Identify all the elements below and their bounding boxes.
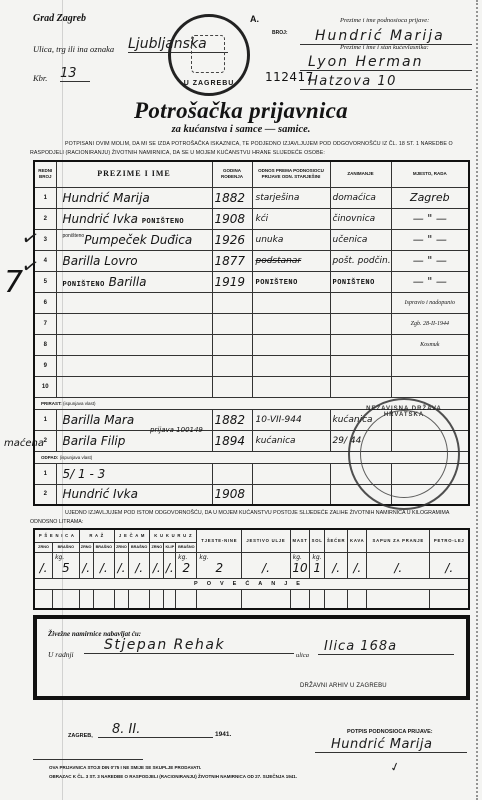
- increase-cell[interactable]: [242, 589, 291, 609]
- increase-cell[interactable]: [164, 589, 176, 609]
- col-occupation: ZANIMANJE: [330, 161, 391, 187]
- table-row: 3 poništenoPumpeček Duđica 1926 unuka uč…: [34, 229, 469, 250]
- house-number-label: Kbr.: [33, 73, 47, 83]
- sub-grain: ZRNO: [79, 542, 93, 552]
- birth-year[interactable]: 1882: [212, 187, 252, 208]
- food-value-cell[interactable]: kg.2: [197, 552, 242, 578]
- occupation[interactable]: činovnica: [330, 208, 391, 229]
- stamp-text: NEZAVISNA DRŽAVA HRVATSKA: [350, 406, 458, 418]
- occupation[interactable]: pošt. podčin.: [330, 250, 391, 271]
- workplace[interactable]: [391, 376, 469, 397]
- sub-flour: BRAŠNO: [53, 542, 79, 552]
- col-coffee: KAVA: [348, 529, 367, 552]
- relation[interactable]: [252, 355, 330, 376]
- person-name[interactable]: PONIŠTENO Barilla: [56, 271, 212, 292]
- person-name[interactable]: [56, 313, 212, 334]
- increase-cell[interactable]: [150, 589, 164, 609]
- relation[interactable]: [252, 292, 330, 313]
- person-name[interactable]: [56, 292, 212, 313]
- birth-year[interactable]: [212, 463, 252, 484]
- occupation[interactable]: [330, 376, 391, 397]
- increase-cell[interactable]: [129, 589, 150, 609]
- col-sugar: ŠEĆER: [324, 529, 347, 552]
- footnote-price: OVA PRIJAVNICA STOJI DIN 0'75 I NE SMIJE…: [49, 765, 201, 770]
- quantity: /.: [135, 555, 143, 575]
- increase-cell[interactable]: [93, 589, 114, 609]
- increase-cell[interactable]: [53, 589, 79, 609]
- food-value-cell[interactable]: kg.1: [310, 552, 325, 578]
- correction-note: Ispravio i nadopunio: [391, 292, 469, 313]
- increase-cell[interactable]: [430, 589, 469, 609]
- person-name[interactable]: [56, 376, 212, 397]
- food-value-cell[interactable]: /.: [164, 552, 176, 578]
- quantity: /.: [82, 555, 90, 575]
- occupation[interactable]: [330, 292, 391, 313]
- relation[interactable]: podstanar: [252, 250, 330, 271]
- row-number: 2: [34, 208, 56, 229]
- food-value-cell[interactable]: /.: [79, 552, 93, 578]
- applicant-name-field[interactable]: Hundrić Marija: [300, 28, 472, 45]
- table-row: 2 Hundrić Ivka PONIŠTENO 1908 kći činovn…: [34, 208, 469, 229]
- place-label: ZAGREB,: [68, 733, 93, 739]
- relation[interactable]: [252, 334, 330, 355]
- food-value-cell[interactable]: /.: [348, 552, 367, 578]
- food-value-cell[interactable]: /.: [129, 552, 150, 578]
- col-oil: JESTIVO ULJE: [242, 529, 291, 552]
- col-corn: K U K U R U Z: [150, 529, 197, 542]
- person-name[interactable]: Hundrić Ivka PONIŠTENO: [56, 208, 212, 229]
- workplace[interactable]: — " —: [391, 208, 469, 229]
- increase-cell[interactable]: [324, 589, 347, 609]
- col-number: REDNI BROJ: [34, 161, 56, 187]
- relation[interactable]: kućanica: [252, 430, 330, 451]
- col-soap: SAPUN ZA PRANJE: [367, 529, 430, 552]
- sub-grain: ZRNO: [114, 542, 128, 552]
- food-value-cell[interactable]: /.: [324, 552, 347, 578]
- form-letter: A.: [250, 14, 259, 24]
- birth-year[interactable]: 1882: [212, 409, 252, 430]
- relation[interactable]: starješina: [252, 187, 330, 208]
- city-label: Grad Zagreb: [33, 13, 86, 24]
- birth-year[interactable]: 1919: [212, 271, 252, 292]
- state-stamp: NEZAVISNA DRŽAVA HRVATSKA: [348, 398, 460, 510]
- quantity: /.: [166, 555, 174, 575]
- householder-label: Prezime i ime i stan kućevlasnika:: [340, 44, 429, 51]
- shop-name-field[interactable]: Stjepan Rehak: [84, 637, 294, 654]
- birth-year[interactable]: [212, 313, 252, 334]
- workplace[interactable]: — " —: [391, 229, 469, 250]
- col-lard: MAST: [290, 529, 310, 552]
- quantity: /.: [40, 555, 48, 575]
- row-number: 10: [34, 376, 56, 397]
- occupation[interactable]: učenica: [330, 229, 391, 250]
- row-number: 5: [34, 271, 56, 292]
- relation[interactable]: kći: [252, 208, 330, 229]
- increase-row: POVEĆANJE: [34, 578, 469, 589]
- signature-label: POTPIS PODNOSIOCA PRIJAVE:: [347, 729, 433, 735]
- cancelled-stamp: PONIŠTENO: [256, 279, 298, 287]
- sub-cob: KLIP: [164, 542, 176, 552]
- increase-cell[interactable]: [114, 589, 128, 609]
- increase-cell[interactable]: [79, 589, 93, 609]
- row-number: 1: [34, 187, 56, 208]
- person-name[interactable]: Barilla Lovro: [56, 250, 212, 271]
- quantity: /.: [332, 555, 340, 575]
- cancelled-stamp: PONIŠTENO: [333, 279, 375, 287]
- occupation[interactable]: domaćica: [330, 187, 391, 208]
- sub-flour: BRAŠNO: [176, 542, 197, 552]
- workplace[interactable]: [391, 355, 469, 376]
- food-stock-table: P Š E N I C A R A Ž J E Č A M K U K U R …: [33, 528, 470, 610]
- occupation[interactable]: [330, 334, 391, 355]
- signature-field[interactable]: Hundrić Marija: [315, 737, 467, 753]
- food-value-cell[interactable]: kg.2: [176, 552, 197, 578]
- col-birth-year: GODINA ROĐENJA: [212, 161, 252, 187]
- table-row: 1 Hundrić Marija 1882 starješina domaćic…: [34, 187, 469, 208]
- row-number: 8: [34, 334, 56, 355]
- row-number: 6: [34, 292, 56, 313]
- food-value-cell[interactable]: /.: [367, 552, 430, 578]
- persons-header-row: REDNI BROJ PREZIME I IME GODINA ROĐENJA …: [34, 161, 469, 187]
- relation[interactable]: [252, 484, 330, 505]
- table-row: 4 Barilla Lovro 1877 podstanar pošt. pod…: [34, 250, 469, 271]
- form-subtitle: za kućanstva i samce — samice.: [0, 124, 482, 135]
- person-name-text: Hundrić Marija: [63, 191, 150, 205]
- col-barley: J E Č A M: [114, 529, 149, 542]
- declaration-text: POTPISANI OVIM MOLIM, DA MI SE IZDA POTR…: [30, 140, 475, 158]
- food-value-cell[interactable]: kg.10: [290, 552, 310, 578]
- shop-street-field[interactable]: Ilica 168a: [318, 639, 454, 655]
- food-value-cell[interactable]: /.: [242, 552, 291, 578]
- birth-year[interactable]: 1894: [212, 430, 252, 451]
- increase-cell[interactable]: [176, 589, 197, 609]
- supply-box: [33, 615, 470, 700]
- col-petroleum: PETRO-LEJ: [430, 529, 469, 552]
- quantity: 2: [215, 555, 223, 575]
- quantity: /.: [445, 555, 453, 575]
- col-salt: SOL: [310, 529, 325, 552]
- official-stamp: U ZAGREBU: [168, 14, 250, 96]
- street-label: Ulica, trg ili ina oznaka: [33, 44, 114, 54]
- cancelled-stamp: PONIŠTENO: [142, 218, 184, 226]
- person-name[interactable]: Hundrić Marija: [56, 187, 212, 208]
- col-wheat: P Š E N I C A: [34, 529, 79, 542]
- cancelled-stamp: PONIŠTENO: [63, 281, 105, 289]
- col-relation: ODNOS PREMA PODNOSIOCU PRIJAVE ODN. STAR…: [252, 161, 330, 187]
- food-group-header-row: P Š E N I C A R A Ž J E Č A M K U K U R …: [34, 529, 469, 542]
- quantity: /.: [394, 555, 402, 575]
- increase-cell[interactable]: [348, 589, 367, 609]
- food-value-cell[interactable]: /.: [430, 552, 469, 578]
- unit-label: kg.: [293, 554, 302, 561]
- coat-of-arms-icon: [191, 35, 225, 73]
- workplace[interactable]: — " —: [391, 250, 469, 271]
- quantity: /.: [153, 555, 161, 575]
- col-name: PREZIME I IME: [56, 161, 212, 187]
- sub-flour: BRAŠNO: [129, 542, 150, 552]
- departures-title: ODPAD:: [41, 455, 58, 460]
- margin-note: maćeha: [4, 438, 44, 449]
- table-row: 5 PONIŠTENO Barilla 1919 PONIŠTENO PONIŠ…: [34, 271, 469, 292]
- birth-year[interactable]: 1877: [212, 250, 252, 271]
- row-number: 7: [34, 313, 56, 334]
- birth-year[interactable]: [212, 376, 252, 397]
- sub-grain: ZRNO: [34, 542, 53, 552]
- col-workplace: MJESTO, RADA: [391, 161, 469, 187]
- arrivals-title: PRIRAST:: [41, 401, 62, 406]
- relation-text: podstanar: [256, 256, 302, 266]
- house-number-field[interactable]: 13: [60, 66, 90, 82]
- birth-year[interactable]: [212, 355, 252, 376]
- workplace[interactable]: Zagreb: [391, 187, 469, 208]
- increase-values-row: [34, 589, 469, 609]
- person-name-text: Barilla Lovro: [63, 254, 138, 268]
- quantity: /.: [100, 555, 108, 575]
- food-value-cell[interactable]: /.: [34, 552, 53, 578]
- relation[interactable]: [252, 376, 330, 397]
- person-name[interactable]: [56, 355, 212, 376]
- departures-subtitle: (ispunjava vlast): [60, 455, 93, 460]
- person-name[interactable]: poništenoPumpeček Duđica: [56, 229, 212, 250]
- birth-year[interactable]: 1926: [212, 229, 252, 250]
- year-value: 1941.: [215, 731, 231, 738]
- person-name[interactable]: 5/ 1 - 3: [56, 463, 212, 484]
- arrivals-subtitle: (ispunjava vlast): [63, 401, 96, 406]
- table-row: 10: [34, 376, 469, 397]
- footnote-divider: [33, 759, 143, 760]
- householder-address-field[interactable]: Hatzova 10: [300, 74, 472, 90]
- table-row: 7 Zgb. 28-II-1944: [34, 313, 469, 334]
- householder-name-field[interactable]: Lyon Herman: [300, 54, 472, 71]
- food-value-cell[interactable]: /.: [93, 552, 114, 578]
- table-row: 9: [34, 355, 469, 376]
- relation[interactable]: 10-VII-944: [252, 409, 330, 430]
- table-row: 8 Kosmuk: [34, 334, 469, 355]
- quantity: /.: [118, 555, 126, 575]
- row-number: 1: [34, 463, 56, 484]
- workplace[interactable]: — " —: [391, 271, 469, 292]
- document-page: Grad Zagreb A. BROJ: Ulica, trg ili ina …: [0, 0, 482, 800]
- relation[interactable]: PONIŠTENO: [252, 271, 330, 292]
- person-name[interactable]: Hundrić Ivka: [56, 484, 212, 505]
- unit-label: kg.: [178, 554, 187, 561]
- unit-label: kg.: [312, 554, 321, 561]
- official-signature: Kosmuk: [391, 334, 469, 355]
- occupation[interactable]: PONIŠTENO: [330, 271, 391, 292]
- broj-label: BROJ:: [272, 30, 288, 36]
- shop-street-label: ulica: [296, 652, 309, 659]
- row-number: 1: [34, 409, 56, 430]
- occupation[interactable]: [330, 313, 391, 334]
- sub-flour: BRAŠNO: [93, 542, 114, 552]
- sub-grain: ZRNO: [150, 542, 164, 552]
- birth-year[interactable]: 1908: [212, 208, 252, 229]
- food-value-cell[interactable]: /.: [150, 552, 164, 578]
- increase-cell[interactable]: [367, 589, 430, 609]
- supplies-declaration: UJEDNO IZJAVLJUJEM POD ISTOM ODGOVORNOŠĆ…: [30, 509, 475, 526]
- increase-cell[interactable]: [290, 589, 310, 609]
- unit-label: kg.: [199, 554, 208, 561]
- relation[interactable]: [252, 313, 330, 334]
- person-name-text: Barilla: [109, 275, 147, 289]
- birth-year[interactable]: [212, 334, 252, 355]
- cancelled-stamp: poništeno: [63, 233, 85, 239]
- stamp-ring: [360, 410, 448, 498]
- birth-year[interactable]: 1908: [212, 484, 252, 505]
- person-name-text: Pumpeček Duđica: [84, 233, 192, 247]
- col-pasta: TJESTE-NINE: [197, 529, 242, 552]
- form-title: Potrošačka prijavnica: [0, 98, 482, 124]
- row-number: 2: [34, 484, 56, 505]
- footnote-regulation: OBRAZAC K ČL. 3 ST. 3 NAREDBE O RASPODJE…: [49, 774, 297, 779]
- relation[interactable]: [252, 463, 330, 484]
- quantity: /.: [353, 555, 361, 575]
- food-values-row: /. kg.5 /. /. /. /. /. /. kg.2 kg.2 /. k…: [34, 552, 469, 578]
- applicant-label: Prezime i ime podnosioca prijave:: [340, 17, 429, 24]
- increase-cell[interactable]: [310, 589, 325, 609]
- relation[interactable]: unuka: [252, 229, 330, 250]
- table-row: 6 Ispravio i nadopunio: [34, 292, 469, 313]
- increase-label: POVEĆANJE: [34, 578, 469, 589]
- food-value-cell[interactable]: kg.5: [53, 552, 79, 578]
- unit-label: kg.: [55, 554, 64, 561]
- registration-note: prijava 100149: [150, 426, 203, 434]
- occupation[interactable]: [330, 355, 391, 376]
- increase-cell[interactable]: [197, 589, 242, 609]
- increase-cell[interactable]: [34, 589, 53, 609]
- shop-label: U radnji: [48, 650, 74, 659]
- birth-year[interactable]: [212, 292, 252, 313]
- checkmark-icon: ✓: [388, 759, 401, 775]
- person-name-text: Hundrić Ivka: [63, 212, 138, 226]
- date-field[interactable]: 8. II.: [98, 722, 213, 738]
- food-value-cell[interactable]: /.: [114, 552, 128, 578]
- person-name[interactable]: [56, 334, 212, 355]
- archive-stamp: DRŽAVNI ARHIV U ZAGREBU: [300, 683, 387, 689]
- row-number: 9: [34, 355, 56, 376]
- correction-date: Zgb. 28-II-1944: [391, 313, 469, 334]
- col-rye: R A Ž: [79, 529, 114, 542]
- quantity: /.: [262, 555, 270, 575]
- stamp-text: U ZAGREBU: [171, 80, 247, 87]
